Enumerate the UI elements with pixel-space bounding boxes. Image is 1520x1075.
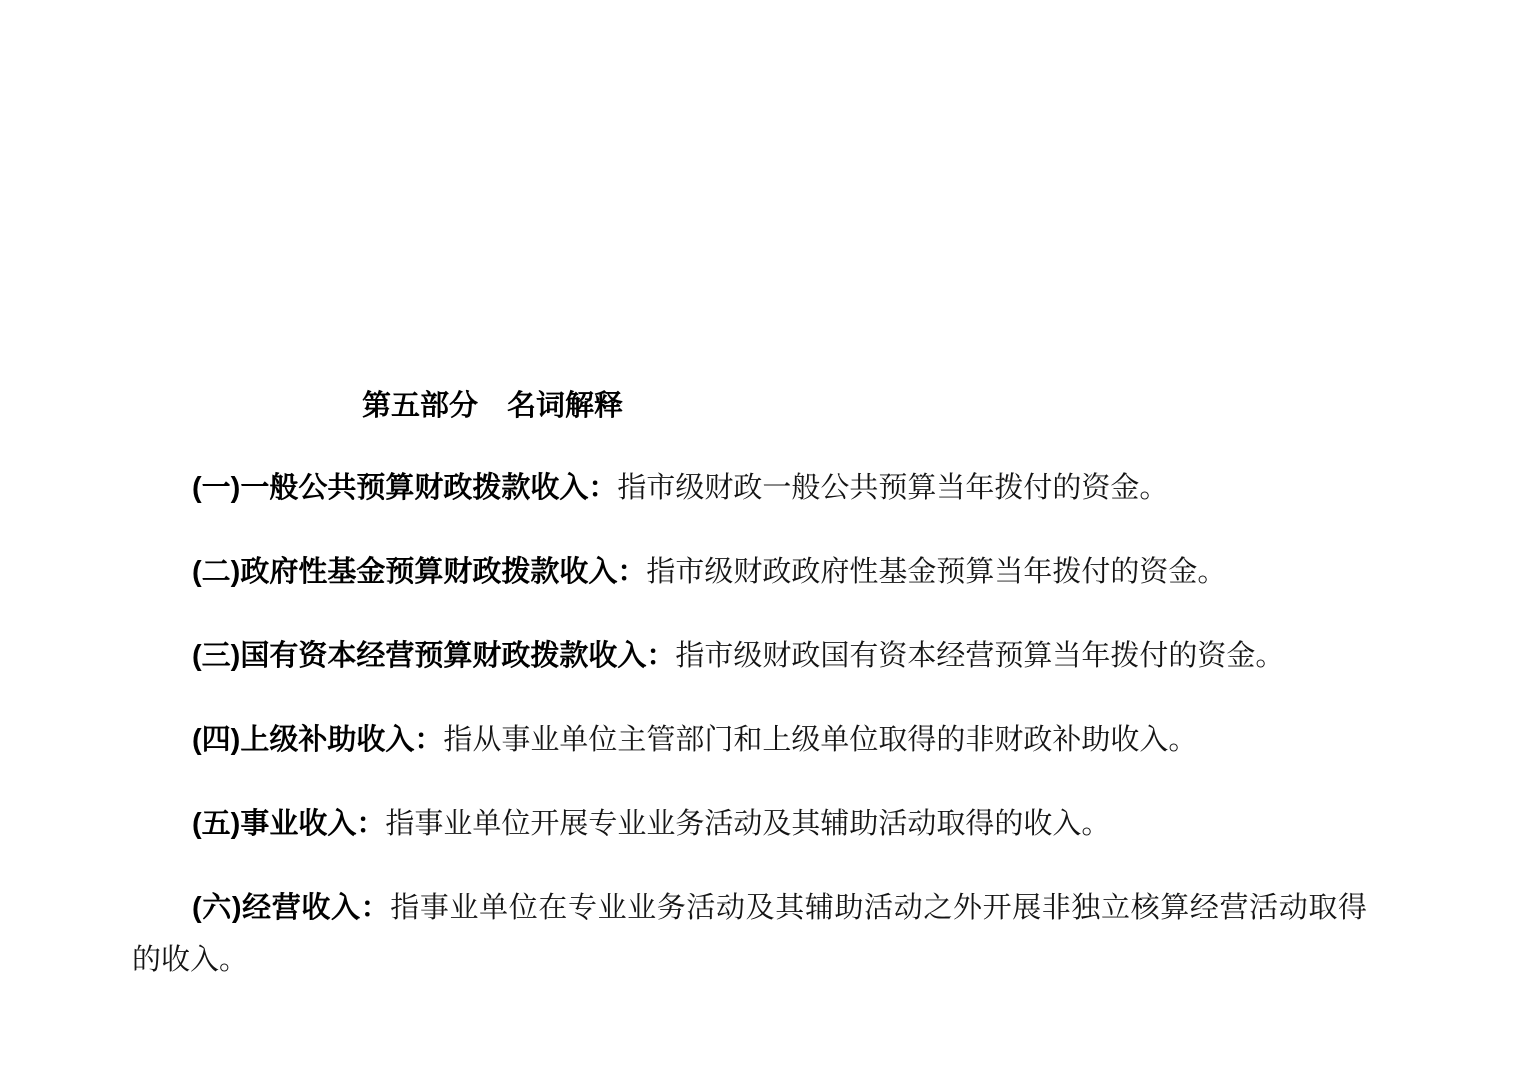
term-label: (三)国有资本经营预算财政拨款收入：	[192, 640, 675, 672]
term-label: (一)一般公共预算财政拨款收入：	[192, 472, 617, 504]
term-label: (五)事业收入：	[192, 808, 385, 840]
definition-paragraph: (一)一般公共预算财政拨款收入：指市级财政一般公共预算当年拨付的资金。	[132, 462, 1367, 514]
document-body: (一)一般公共预算财政拨款收入：指市级财政一般公共预算当年拨付的资金。 (二)政…	[132, 462, 1367, 986]
definition-paragraph: (四)上级补助收入：指从事业单位主管部门和上级单位取得的非财政补助收入。	[132, 714, 1367, 766]
definition-paragraph: (三)国有资本经营预算财政拨款收入：指市级财政国有资本经营预算当年拨付的资金。	[132, 630, 1367, 682]
document-page: 第五部分 名词解释 (一)一般公共预算财政拨款收入：指市级财政一般公共预算当年拨…	[0, 0, 1520, 1075]
section-title: 第五部分 名词解释	[362, 390, 623, 422]
term-definition: 指事业单位开展专业业务活动及其辅助活动取得的收入。	[385, 808, 1110, 840]
definition-paragraph: (五)事业收入：指事业单位开展专业业务活动及其辅助活动取得的收入。	[132, 798, 1367, 850]
term-label: (六)经营收入：	[192, 892, 390, 924]
term-definition: 指从事业单位主管部门和上级单位取得的非财政补助收入。	[443, 724, 1197, 756]
term-definition: 指市级财政国有资本经营预算当年拨付的资金。	[675, 640, 1284, 672]
definition-paragraph: (二)政府性基金预算财政拨款收入：指市级财政政府性基金预算当年拨付的资金。	[132, 546, 1367, 598]
term-label: (二)政府性基金预算财政拨款收入：	[192, 556, 646, 588]
term-definition: 指市级财政一般公共预算当年拨付的资金。	[617, 472, 1168, 504]
definition-paragraph: (六)经营收入：指事业单位在专业业务活动及其辅助活动之外开展非独立核算经营活动取…	[132, 882, 1367, 986]
term-label: (四)上级补助收入：	[192, 724, 443, 756]
term-definition: 指市级财政政府性基金预算当年拨付的资金。	[646, 556, 1226, 588]
